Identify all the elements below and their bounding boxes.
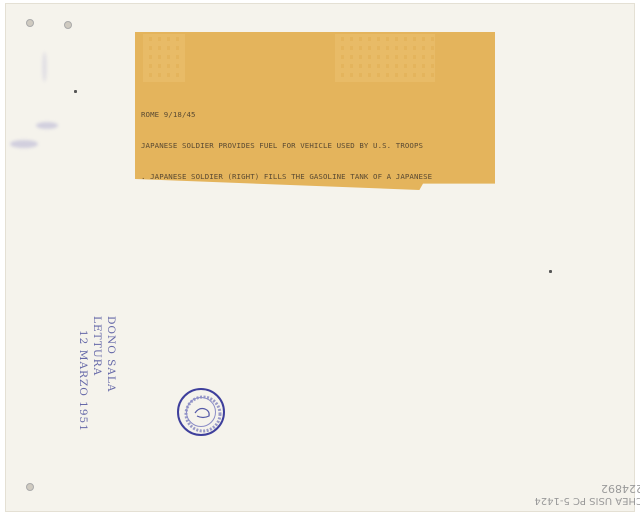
round-seal-stamp	[177, 388, 225, 436]
caption-typewritten-text: ROME 9/18/45 JAPANESE SOLDIER PROVIDES F…	[141, 89, 491, 359]
archive-stamp: DONO SALA LETTURA 12 MARZO 1951	[68, 316, 118, 456]
speck-mark	[74, 90, 77, 93]
ink-smudge	[10, 140, 38, 148]
caption-body-line: 28, 1945. AFTER THE FORMAL UNCONDITIONAL…	[141, 266, 491, 276]
caption-letterhead	[135, 32, 495, 87]
caption-body-line: . JAPANESE SOLDIER (RIGHT) FILLS THE GAS…	[141, 172, 491, 182]
seal-emblem-icon	[193, 406, 213, 420]
caption-body-line: SEAPORT. TWELVE HUNDRED ALLIED TROOPS LA…	[141, 235, 491, 245]
archive-stamp-line1: DONO SALA LETTURA	[90, 316, 118, 456]
caption-label: ROME 9/18/45 JAPANESE SOLDIER PROVIDES F…	[135, 32, 495, 190]
caption-dateline: ROME 9/18/45	[141, 110, 491, 120]
caption-body-line: AUTOMOBILE BEING USED TO TRANSPORT U.S. …	[141, 203, 491, 213]
speck-mark	[549, 270, 552, 273]
pin-mark	[26, 19, 34, 27]
handwritten-number: 224892	[503, 482, 640, 494]
caption-body-line: SIGNED ON SEPT.2, LARGE FORCES STARTED T…	[141, 297, 491, 307]
photo-back-sheet: ROME 9/18/45 JAPANESE SOLDIER PROVIDES F…	[6, 4, 634, 511]
pin-mark	[64, 21, 72, 29]
pin-mark	[26, 483, 34, 491]
handwritten-note: CHEA USIS PC 5-1424 224892	[503, 466, 640, 506]
handwritten-reference: CHEA USIS PC 5-1424	[503, 494, 640, 506]
ink-smudge	[36, 122, 58, 129]
archive-stamp-date: 12 MARZO 1951	[76, 316, 90, 456]
ink-smudge	[42, 52, 47, 82]
caption-headline: JAPANESE SOLDIER PROVIDES FUEL FOR VEHIC…	[141, 141, 491, 151]
caption-credit-line: U.S. SIGNAL CORPS PHOTO THRU U.S.I.S. RO…	[141, 328, 491, 338]
